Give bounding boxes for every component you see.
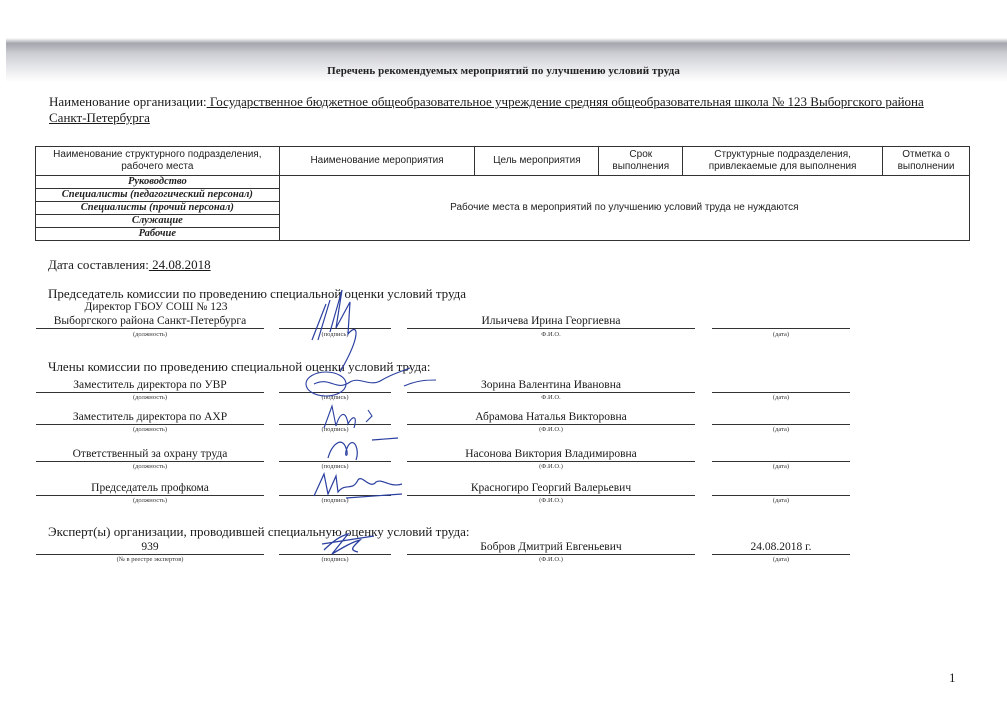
category-cell: Рабочие [36,228,280,241]
category-cell: Руководство [36,176,280,189]
caption: (Ф.И.О.) [407,556,695,563]
table-header-row: Наименование структурного подразделения,… [36,147,970,176]
member-name-field: Абрамова Наталья Викторовна [407,410,695,425]
expert-heading: Эксперт(ы) организации, проводившей спец… [48,524,469,540]
caption: (должность) [36,394,264,401]
member-name-field: Насонова Виктория Владимировна [407,447,695,462]
caption: Ф.И.О. [407,394,695,401]
organization-label: Наименование организации: [49,94,207,109]
member-name-field: Зорина Валентина Ивановна [407,378,695,393]
member-position-field: Заместитель директора по АХР [36,410,264,425]
measures-table: Наименование структурного подразделения,… [35,146,970,241]
caption: (№ в реестре экспертов) [36,556,264,563]
chair-date-field [712,314,850,329]
category-cell: Служащие [36,215,280,228]
member-signature-mark [318,402,388,432]
member-name-field: Красногиро Георгий Валерьевич [407,481,695,496]
member-signature-mark [306,470,406,500]
caption: (дата) [712,426,850,433]
expert-registry-field: 939 [36,540,264,555]
member-date-field [712,481,850,496]
caption: (подпись) [279,463,391,470]
document-title: Перечень рекомендуемых мероприятий по ул… [0,65,1007,77]
member-signature-mark [300,366,440,402]
header-cell: Цель мероприятия [475,147,599,176]
chair-position-line1: Директор ГБОУ СОШ № 123 [36,300,276,314]
member-date-field [712,447,850,462]
member-position-field: Ответственный за охрану труда [36,447,264,462]
chair-position-field: Выборгского района Санкт-Петербурга [36,314,264,329]
date-label: Дата составления: [48,257,149,272]
header-cell: Отметка о выполнении [883,147,970,176]
page-number: 1 [949,670,956,686]
caption: (дата) [712,331,850,338]
caption: (Ф.И.О.) [407,426,695,433]
caption: (Ф.И.О.) [407,497,695,504]
caption: (Ф.И.О.) [407,463,695,470]
category-cell: Специалисты (прочий персонал) [36,202,280,215]
header-cell: Наименование структурного подразделения,… [36,147,280,176]
caption: (дата) [712,394,850,401]
member-position-field: Председатель профкома [36,481,264,496]
organization-line: Наименование организации: Государственно… [49,94,929,126]
expert-date-field: 24.08.2018 г. [712,540,850,555]
merged-note-cell: Рабочие места в мероприятий по улучшению… [279,176,969,241]
date-line: Дата составления: 24.08.2018 [48,257,211,273]
table-row: Руководство Рабочие места в мероприятий … [36,176,970,189]
member-position-field: Заместитель директора по УВР [36,378,264,393]
expert-name-field: Бобров Дмитрий Евгеньевич [407,540,695,555]
member-date-field [712,410,850,425]
caption: (дата) [712,556,850,563]
expert-signature-mark [318,528,378,558]
member-signature-mark [322,430,402,462]
header-cell: Срок выполнения [599,147,683,176]
chair-name-field: Ильичева Ирина Георгиевна [407,314,695,329]
caption: (должность) [36,463,264,470]
date-value: 24.08.2018 [149,257,211,272]
member-date-field [712,378,850,393]
header-cell: Наименование мероприятия [279,147,475,176]
header-cell: Структурные подразделения, привлекаемые … [683,147,883,176]
caption: (дата) [712,497,850,504]
category-cell: Специалисты (педагогический персонал) [36,189,280,202]
caption: Ф.И.О. [407,331,695,338]
caption: (дата) [712,463,850,470]
caption: (должность) [36,426,264,433]
caption: (должность) [36,497,264,504]
caption: (должность) [36,331,264,338]
